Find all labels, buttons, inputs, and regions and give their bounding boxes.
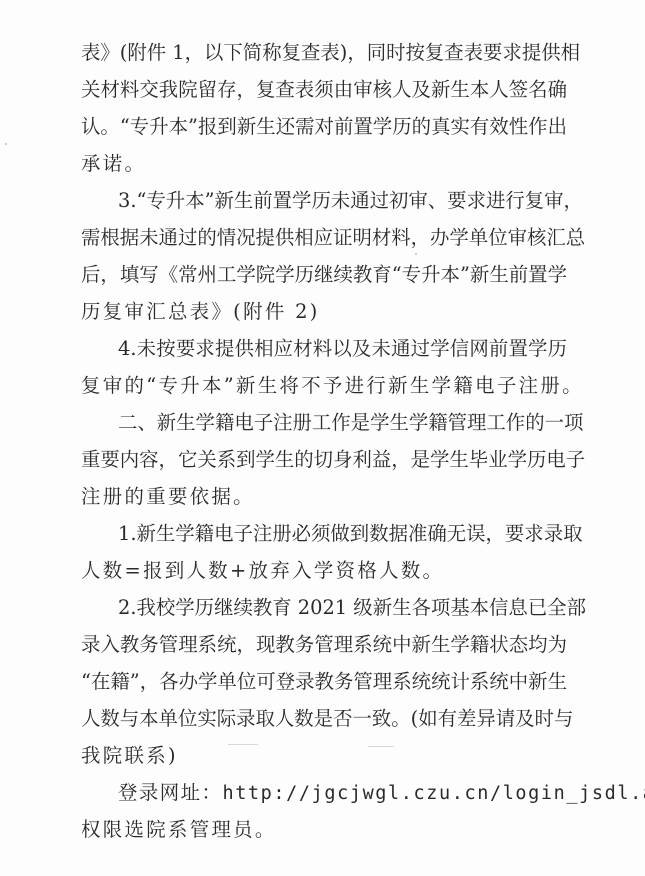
paragraph-line: “在籍”，各办学单位可登录教务管理系统统计系统中新生 bbox=[81, 670, 567, 694]
paragraph-line: 认。“专升本”报到新生还需对前置学历的真实有效性作出 bbox=[81, 115, 567, 139]
paragraph-line: 需根据未通过的情况提供相应证明材料，办学单位审核汇总 bbox=[81, 226, 567, 250]
scan-artifact bbox=[228, 744, 258, 745]
paragraph-line: 人数=报到人数+放弃入学资格人数。 bbox=[81, 559, 567, 583]
paragraph-line: 关材料交我院留存，复查表须由审核人及新生本人签名确 bbox=[81, 78, 567, 102]
paragraph-line: 录入教务管理系统，现教务管理系统中新生学籍状态均为 bbox=[81, 633, 567, 657]
scan-artifact bbox=[415, 253, 417, 255]
paragraph-line: 注册的重要依据。 bbox=[81, 485, 567, 509]
paragraph-line: 权限选院系管理员。 bbox=[81, 818, 567, 842]
scan-artifact bbox=[368, 746, 394, 747]
paragraph-line: 表》(附件 1，以下简称复查表)，同时按复查表要求提供相 bbox=[81, 41, 567, 65]
paragraph-line: 重要内容，它关系到学生的切身利益，是学生毕业学历电子 bbox=[81, 448, 567, 472]
paragraph-line: 后，填写《常州工学院学历继续教育“专升本”新生前置学 bbox=[81, 263, 567, 287]
login-url-line: 登录网址：http://jgcjwgl.czu.cn/login_jsdl.as… bbox=[118, 781, 567, 805]
paragraph-line: 我院联系) bbox=[81, 744, 567, 768]
paragraph-line: 3.“专升本”新生前置学历未通过初审、要求进行复审， bbox=[118, 189, 567, 213]
login-url-link[interactable]: http://jgcjwgl.czu.cn/login_jsdl.asp, bbox=[222, 783, 645, 804]
scanned-document-page: 表》(附件 1，以下简称复查表)，同时按复查表要求提供相 关材料交我院留存，复查… bbox=[0, 0, 645, 876]
paragraph-line: 复审的“专升本”新生将不予进行新生学籍电子注册。 bbox=[81, 374, 567, 398]
scan-artifact bbox=[152, 751, 154, 753]
paragraph-line: 历复审汇总表》(附件 2) bbox=[81, 300, 567, 324]
paragraph-line: 2.我校学历继续教育 2021 级新生各项基本信息已全部 bbox=[118, 596, 567, 620]
login-label: 登录网址： bbox=[118, 781, 222, 804]
scan-artifact bbox=[160, 755, 162, 757]
paragraph-line: 人数与本单位实际录取人数是否一致。(如有差异请及时与 bbox=[81, 707, 567, 731]
paragraph-line: 承诺。 bbox=[81, 152, 567, 176]
scan-artifact bbox=[5, 143, 7, 145]
section-heading-line: 二、新生学籍电子注册工作是学生学籍管理工作的一项 bbox=[118, 411, 567, 435]
paragraph-line: 1.新生学籍电子注册必须做到数据准确无误，要求录取 bbox=[118, 522, 567, 546]
paragraph-line: 4.未按要求提供相应材料以及未通过学信网前置学历 bbox=[118, 337, 567, 361]
